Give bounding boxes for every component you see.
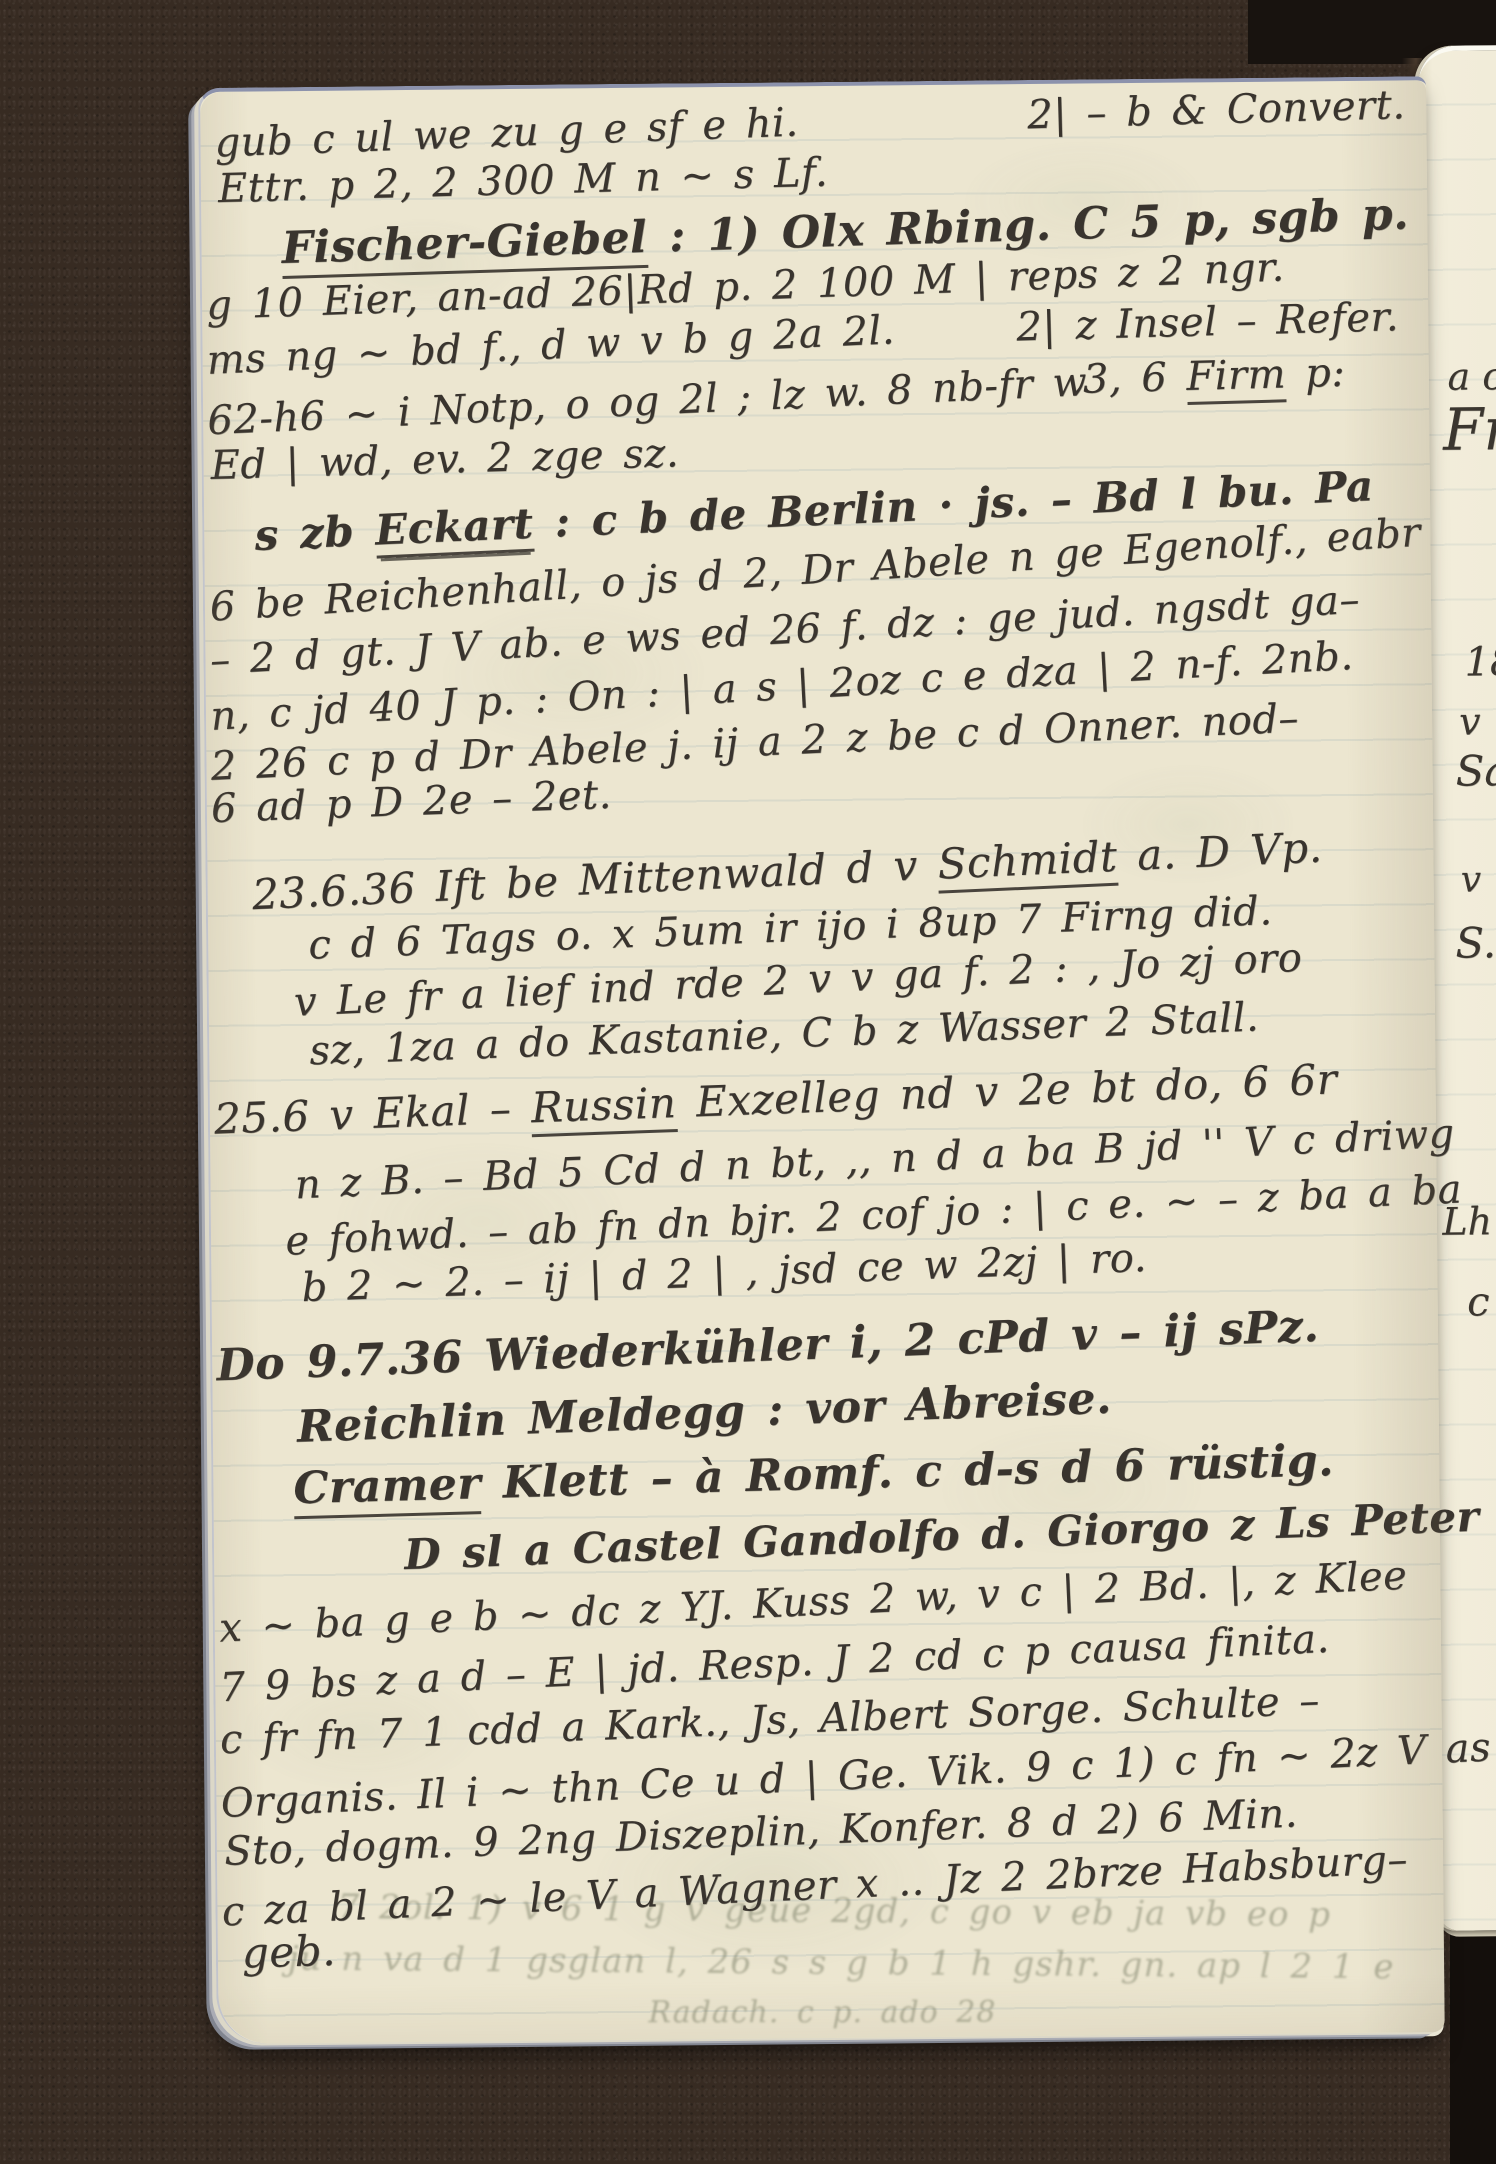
- handwriting-segment: Cramer: [293, 1458, 482, 1519]
- handwriting-line: Reichlin Meldegg : vor Abreise.: [296, 1377, 1112, 1450]
- handwriting-line: 2| z Insel – Refer.: [1016, 297, 1400, 347]
- handwriting-segment: 2| z Insel – Refer.: [1016, 294, 1400, 350]
- handwriting-segment: Schmidt: [936, 832, 1118, 894]
- bleedthrough-line: ju n va d 1 gsglan l, 26 s s g b 1 h gsh…: [288, 1942, 1395, 1985]
- handwriting-segment: Eckart: [374, 499, 535, 559]
- facing-page-fragment: 18: [1464, 642, 1496, 683]
- handwriting-line: 2| – b & Convert.: [1027, 85, 1406, 135]
- bleedthrough-line: Radach. c p. ado 28: [648, 1998, 996, 2028]
- handwriting-segment: Russin: [530, 1078, 677, 1137]
- handwriting-line: Ed | wd, ev. 2 zge sz.: [210, 433, 679, 486]
- handwriting-segment: Firm: [1186, 351, 1287, 405]
- handwriting-segment: a. D Vp.: [1116, 823, 1323, 881]
- handwriting-segment: : 1) Olx Rbing. C 5 p, sgb p.: [646, 189, 1409, 263]
- handwriting-segment: 3, 6: [1082, 354, 1187, 403]
- notebook-page: 7 2ol: 1) v 6 1 g v geue 2gd, c go v eb …: [198, 76, 1445, 2044]
- facing-page-fragment: a c: [1447, 357, 1496, 396]
- handwriting-segment: Do 9.7.36 Wiederkühler i, 2 cPd v – ij s…: [216, 1301, 1320, 1391]
- handwriting-segment: geb.: [241, 1926, 336, 1978]
- handwriting-segment: p:: [1285, 350, 1346, 398]
- handwriting-segment: Exzelleg nd v 2e bt do, 6 6r: [675, 1054, 1338, 1127]
- facing-page-fragment: v: [1459, 702, 1481, 740]
- facing-page-fragment: v: [1461, 862, 1482, 898]
- scanned-notebook-photo: a cFr18vSavS.Lhc 7 2ol: 1) v 6 1 g v geu…: [0, 0, 1496, 2164]
- handwriting-segment: 25.6 v Ekal –: [213, 1083, 532, 1143]
- handwriting-line: 3, 6 Firm p:: [1082, 353, 1345, 400]
- facing-page-fragment: Fr: [1443, 400, 1496, 459]
- handwriting-segment: Reichlin Meldegg : vor Abreise.: [296, 1373, 1112, 1453]
- handwriting-line: geb.: [241, 1930, 336, 1975]
- handwriting-line: Cramer Klett – à Romf. c d-s d 6 rüstig.: [293, 1439, 1334, 1511]
- handwriting-layer: gub c ul we zu g e sf e hi.2| – b & Conv…: [200, 80, 1426, 92]
- handwriting-segment: Klett – à Romf. c d-s d 6 rüstig.: [480, 1435, 1334, 1509]
- facing-page-fragment: c: [1467, 1282, 1490, 1322]
- facing-page-fragment: S.: [1455, 922, 1496, 964]
- handwriting-segment: s zb: [254, 506, 377, 560]
- handwriting-segment: 2| – b & Convert.: [1027, 82, 1406, 138]
- facing-page-fragment: Sa: [1455, 750, 1496, 793]
- handwriting-line: Do 9.7.36 Wiederkühler i, 2 cPd v – ij s…: [216, 1305, 1320, 1388]
- cover-gap-bottom: [1450, 1890, 1496, 2164]
